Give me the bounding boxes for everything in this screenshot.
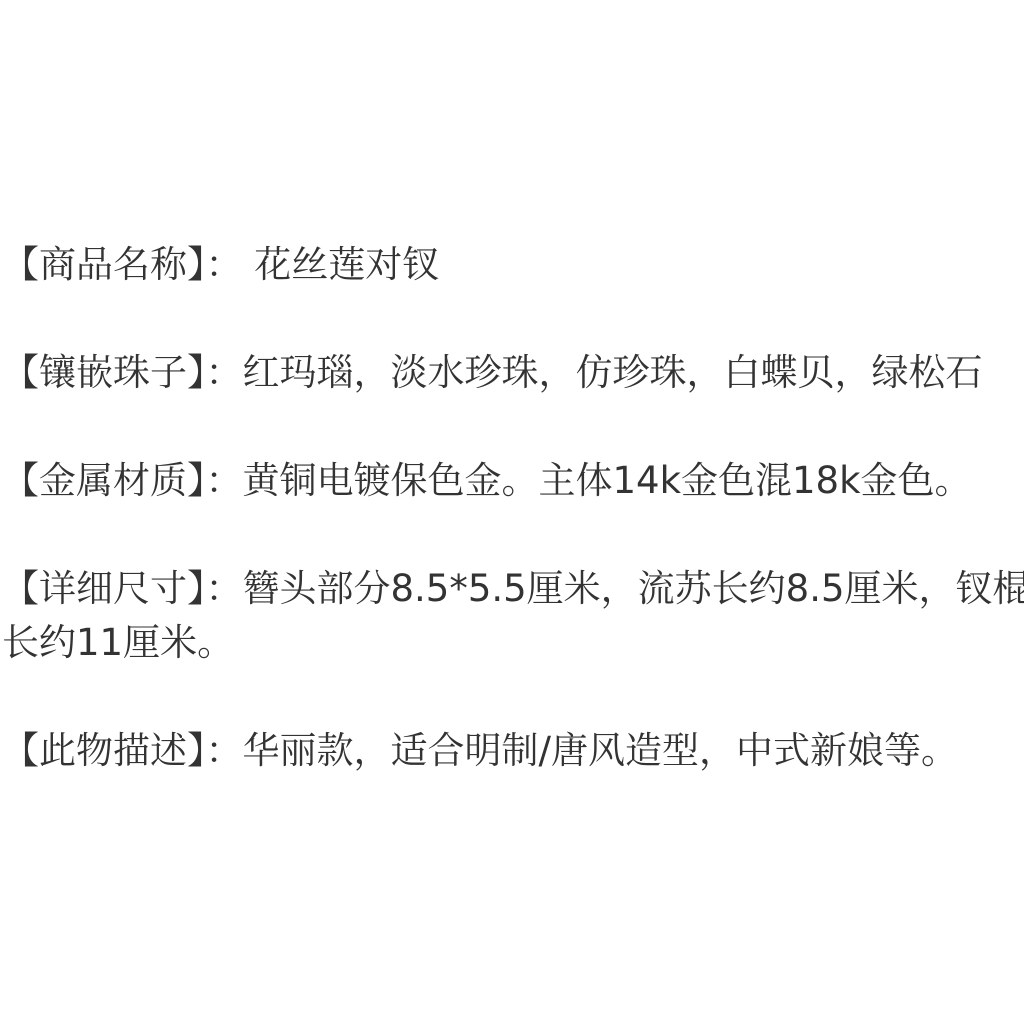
field-product-name: 【商品名称】： 花丝莲对钗 (2, 238, 1024, 292)
field-inlaid-beads: 【镶嵌珠子】：红玛瑙，淡水珍珠，仿珍珠，白蝶贝，绿松石 (2, 346, 1024, 400)
field-metal-material: 【金属材质】：黄铜电镀保色金。主体14k金色混18k金色。 (2, 454, 1024, 508)
field-metal-material-line: 【金属材质】：黄铜电镀保色金。主体14k金色混18k金色。 (2, 454, 1024, 508)
field-detailed-size-line-1: 【详细尺寸】：簪头部分8.5*5.5厘米，流苏长约8.5厘米，钗棍 (2, 562, 1024, 616)
product-description-panel: 【商品名称】： 花丝莲对钗 【镶嵌珠子】：红玛瑙，淡水珍珠，仿珍珠，白蝶贝，绿松… (0, 0, 1024, 778)
field-item-description-line: 【此物描述】：华丽款，适合明制/唐风造型，中式新娘等。 (2, 724, 1024, 778)
field-detailed-size: 【详细尺寸】：簪头部分8.5*5.5厘米，流苏长约8.5厘米，钗棍 长约11厘米… (2, 562, 1024, 670)
field-product-name-line: 【商品名称】： 花丝莲对钗 (2, 238, 1024, 292)
field-item-description: 【此物描述】：华丽款，适合明制/唐风造型，中式新娘等。 (2, 724, 1024, 778)
field-inlaid-beads-line: 【镶嵌珠子】：红玛瑙，淡水珍珠，仿珍珠，白蝶贝，绿松石 (2, 346, 1024, 400)
field-detailed-size-line-2: 长约11厘米。 (2, 616, 1024, 670)
